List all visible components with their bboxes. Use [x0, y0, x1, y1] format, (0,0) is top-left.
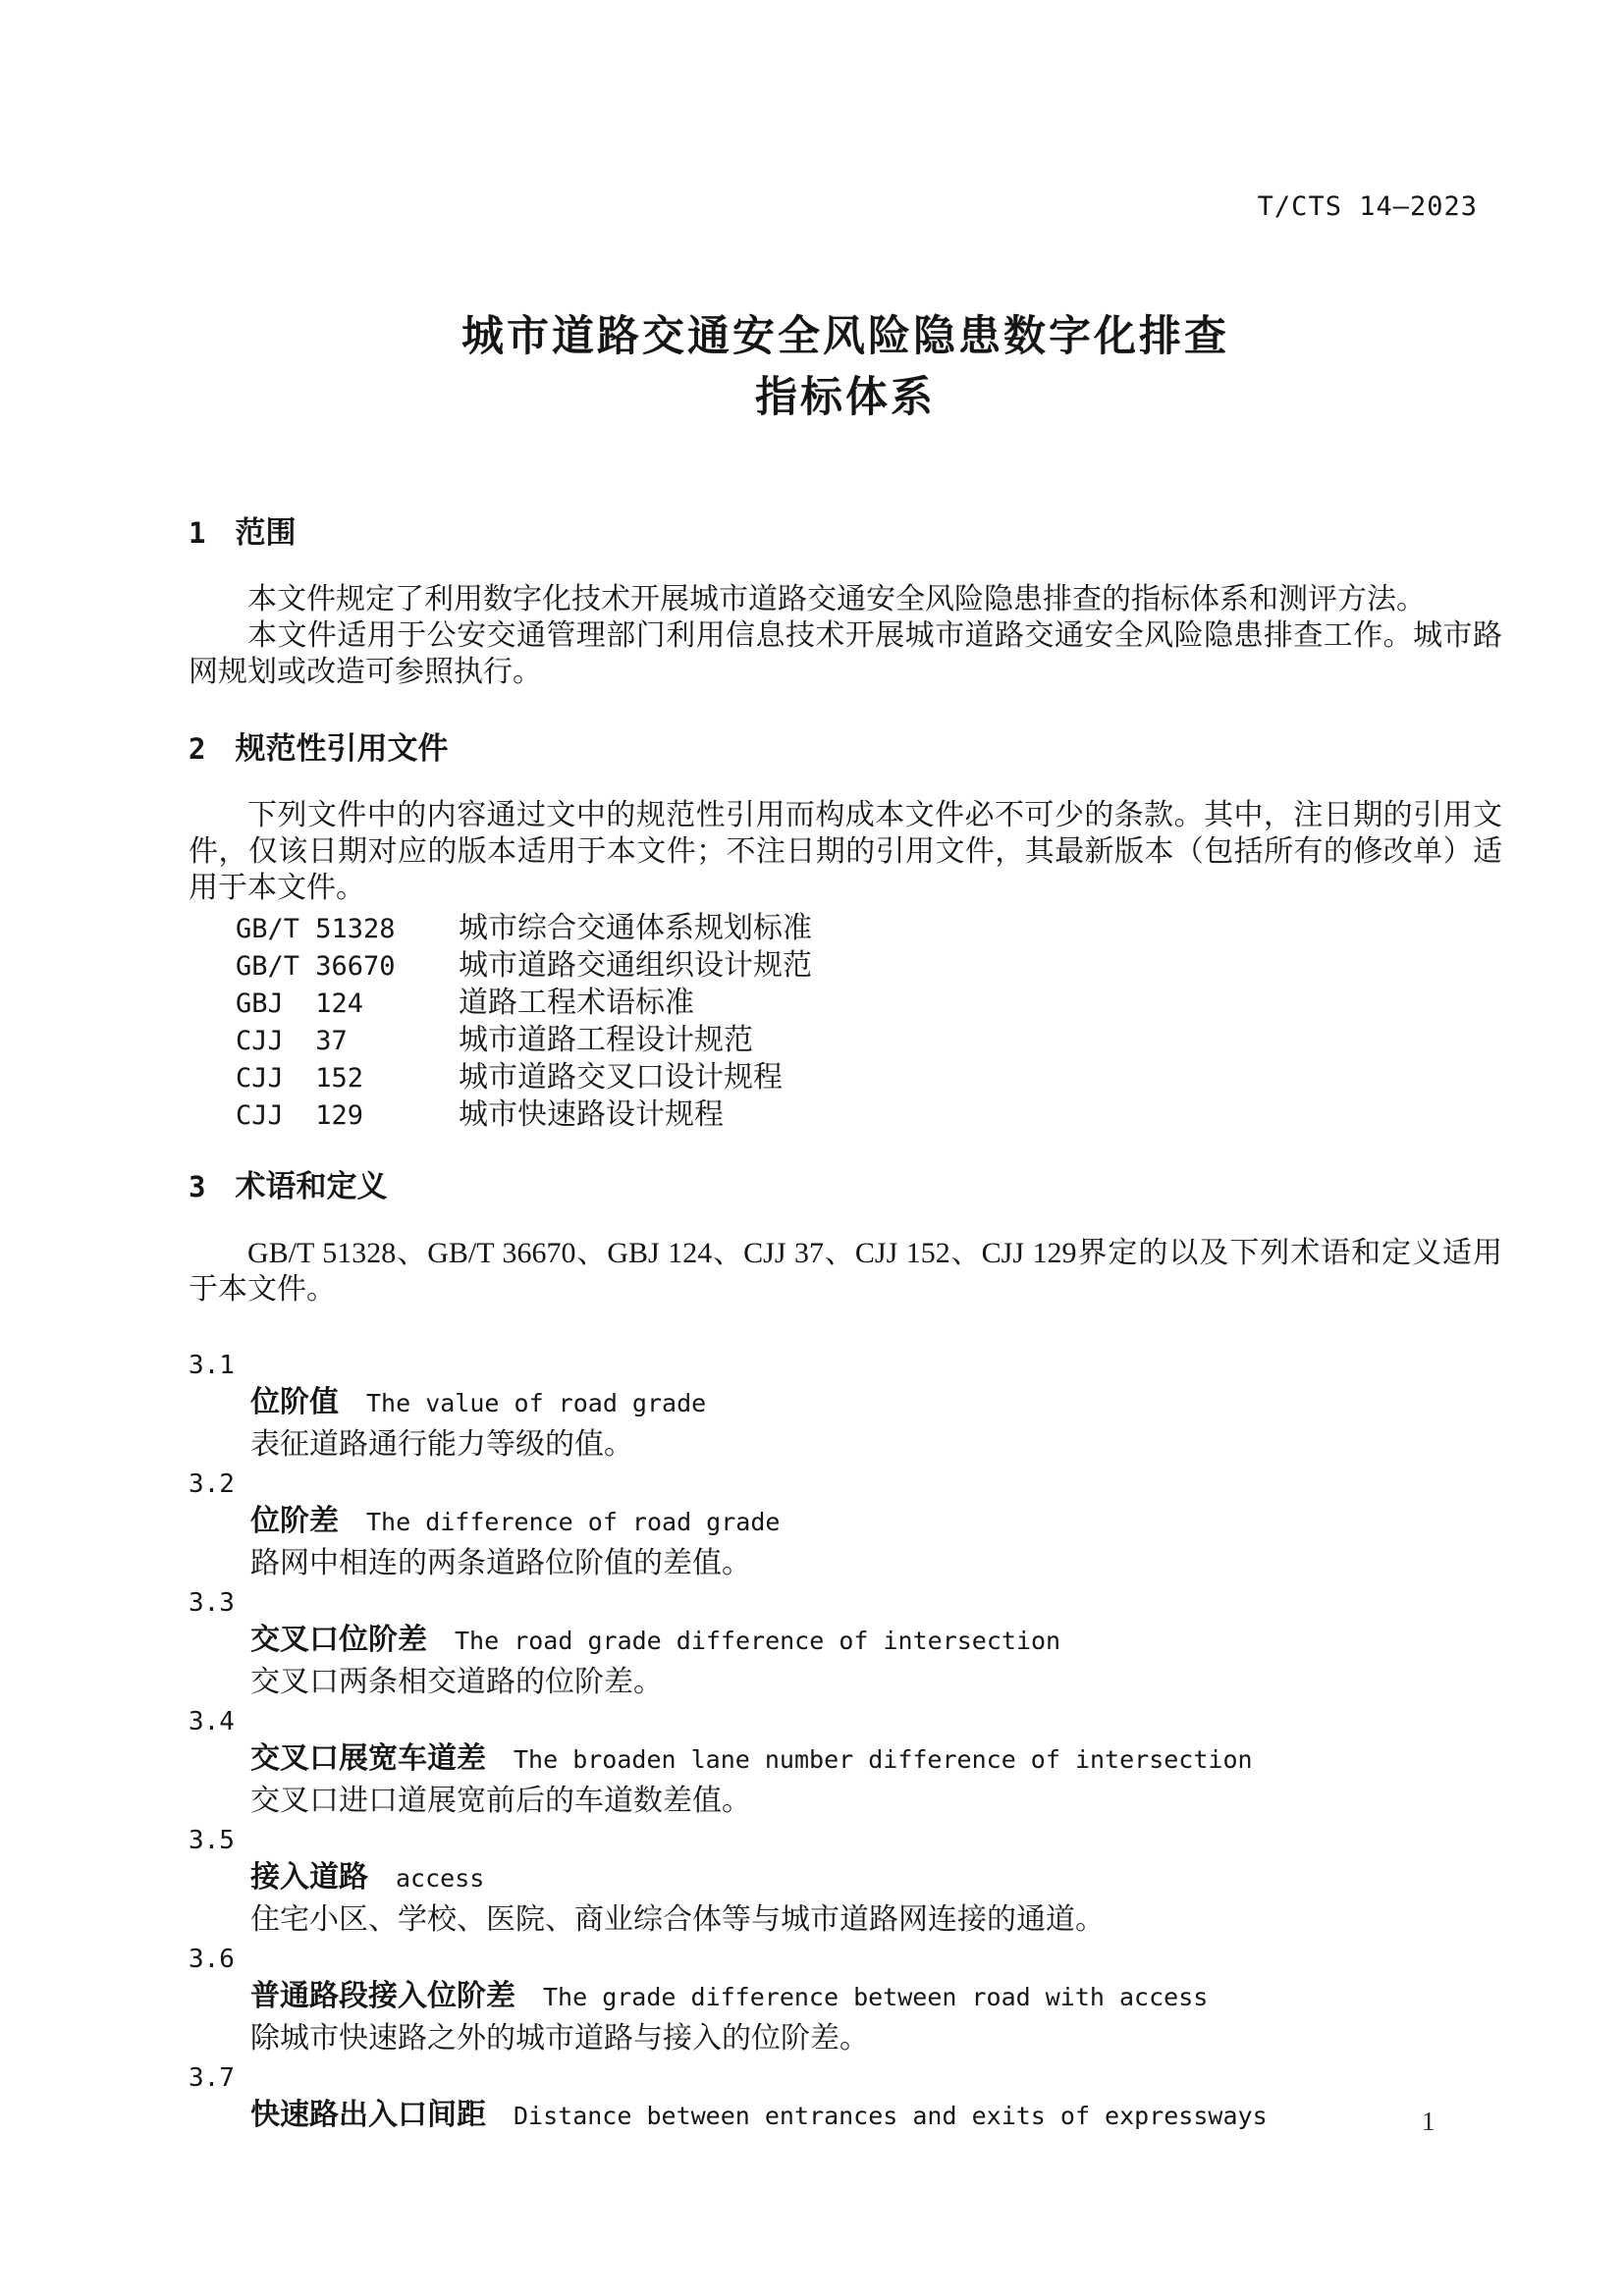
terms-list: 3.1 位阶值The value of road grade 表征道路通行能力等… [189, 1348, 1502, 2139]
reference-name: 城市综合交通体系规划标准 [459, 912, 812, 944]
term-number: 3.6 [189, 1942, 1502, 1978]
section-heading-terms: 3术语和定义 [189, 1167, 1502, 1206]
section-number: 2 [189, 729, 205, 769]
term-definition: 路网中相连的两条道路位阶值的差值。 [189, 1545, 1502, 1581]
term-entry: 3.6 普通路段接入位阶差The grade difference betwee… [189, 1942, 1502, 2056]
section-number: 3 [189, 1167, 205, 1206]
section-title: 术语和定义 [235, 1169, 387, 1203]
term-number: 3.1 [189, 1348, 1502, 1384]
term-entry: 3.3 交叉口位阶差The road grade difference of i… [189, 1585, 1502, 1700]
term-name-line: 位阶差The difference of road grade [189, 1503, 1502, 1545]
term-definition: 交叉口进口道展宽前后的车道数差值。 [189, 1783, 1502, 1819]
title-line-2: 指标体系 [189, 367, 1502, 428]
terms-intro: GB/T 51328、GB/T 36670、GBJ 124、CJJ 37、CJJ… [189, 1235, 1502, 1308]
term-entry: 3.5 接入道路access 住宅小区、学校、医院、商业综合体等与城市道路网连接… [189, 1823, 1502, 1938]
term-name-en: The broaden lane number difference of in… [514, 1745, 1253, 1774]
term-name-zh: 位阶值 [250, 1386, 339, 1418]
reference-item: CJJ 152城市道路交叉口设计规程 [236, 1059, 1502, 1096]
reference-name: 城市快速路设计规程 [459, 1098, 724, 1131]
reference-code: GB/T 51328 [236, 911, 459, 947]
reference-name: 城市道路交通组织设计规范 [459, 949, 812, 982]
reference-code: GBJ 124 [236, 986, 459, 1022]
term-entry: 3.1 位阶值The value of road grade 表征道路通行能力等… [189, 1348, 1502, 1463]
reference-list: GB/T 51328城市综合交通体系规划标准 GB/T 36670城市道路交通组… [236, 910, 1502, 1134]
term-definition: 除城市快速路之外的城市道路与接入的位阶差。 [189, 2020, 1502, 2056]
document-title: 城市道路交通安全风险隐患数字化排查 指标体系 [189, 306, 1502, 428]
references-intro: 下列文件中的内容通过文中的规范性引用而构成本文件必不可少的条款。其中，注日期的引… [189, 797, 1502, 906]
reference-item: GB/T 51328城市综合交通体系规划标准 [236, 910, 1502, 947]
term-name-en: The road grade difference of intersectio… [455, 1627, 1060, 1655]
term-entry: 3.7 快速路出入口间距Distance between entrances a… [189, 2060, 1502, 2139]
term-name-zh: 接入道路 [250, 1861, 368, 1894]
term-name-zh: 交叉口展宽车道差 [250, 1742, 486, 1775]
term-name-zh: 交叉口位阶差 [250, 1624, 427, 1656]
term-name-en: The difference of road grade [366, 1508, 780, 1536]
reference-name: 城市道路交叉口设计规程 [459, 1061, 783, 1094]
reference-code: GB/T 36670 [236, 948, 459, 985]
term-entry: 3.2 位阶差The difference of road grade 路网中相… [189, 1467, 1502, 1581]
term-name-en: The grade difference between road with a… [543, 1983, 1208, 2011]
section-heading-scope: 1范围 [189, 513, 1502, 553]
term-name-en: The value of road grade [366, 1389, 706, 1417]
page-content: T/CTS 14—2023 城市道路交通安全风险隐患数字化排查 指标体系 1范围… [0, 0, 1624, 2139]
term-definition: 表征道路通行能力等级的值。 [189, 1426, 1502, 1463]
term-number: 3.5 [189, 1823, 1502, 1859]
reference-item: GB/T 36670城市道路交通组织设计规范 [236, 947, 1502, 985]
term-name-zh: 普通路段接入位阶差 [250, 1980, 515, 2012]
term-entry: 3.4 交叉口展宽车道差The broaden lane number diff… [189, 1704, 1502, 1819]
scope-paragraph-2: 本文件适用于公安交通管理部门利用信息技术开展城市道路交通安全风险隐患排查工作。城… [189, 617, 1502, 690]
term-name-line: 普通路段接入位阶差The grade difference between ro… [189, 1978, 1502, 2020]
term-name-en: Distance between entrances and exits of … [514, 2102, 1268, 2130]
section-number: 1 [189, 513, 205, 553]
reference-item: CJJ 129城市快速路设计规程 [236, 1096, 1502, 1134]
term-name-en: access [396, 1864, 484, 1893]
reference-code: CJJ 37 [236, 1023, 459, 1059]
term-definition: 交叉口两条相交道路的位阶差。 [189, 1664, 1502, 1700]
term-name-zh: 位阶差 [250, 1505, 339, 1537]
reference-item: GBJ 124道路工程术语标准 [236, 985, 1502, 1022]
page-number: 1 [1422, 2107, 1435, 2137]
term-name-line: 交叉口位阶差The road grade difference of inter… [189, 1622, 1502, 1664]
standard-code: T/CTS 14—2023 [189, 193, 1502, 221]
scope-paragraph-1: 本文件规定了利用数字化技术开展城市道路交通安全风险隐患排查的指标体系和测评方法。 [189, 581, 1502, 617]
term-name-line: 快速路出入口间距Distance between entrances and e… [189, 2097, 1502, 2139]
title-line-1: 城市道路交通安全风险隐患数字化排查 [189, 306, 1502, 367]
term-number: 3.2 [189, 1467, 1502, 1503]
term-number: 3.4 [189, 1704, 1502, 1740]
section-title: 规范性引用文件 [235, 731, 448, 766]
term-number: 3.3 [189, 1585, 1502, 1622]
document-page: T/CTS 14—2023 城市道路交通安全风险隐患数字化排查 指标体系 1范围… [0, 0, 1624, 2296]
term-name-line: 接入道路access [189, 1859, 1502, 1901]
reference-code: CJJ 152 [236, 1060, 459, 1096]
term-name-line: 位阶值The value of road grade [189, 1384, 1502, 1426]
reference-item: CJJ 37城市道路工程设计规范 [236, 1022, 1502, 1059]
section-heading-references: 2规范性引用文件 [189, 729, 1502, 769]
term-name-zh: 快速路出入口间距 [250, 2099, 486, 2131]
reference-name: 城市道路工程设计规范 [459, 1024, 753, 1056]
term-number: 3.7 [189, 2060, 1502, 2097]
section-title: 范围 [235, 515, 296, 550]
reference-name: 道路工程术语标准 [459, 987, 694, 1019]
reference-code: CJJ 129 [236, 1097, 459, 1134]
term-definition: 住宅小区、学校、医院、商业综合体等与城市道路网连接的通道。 [189, 1901, 1502, 1938]
term-name-line: 交叉口展宽车道差The broaden lane number differen… [189, 1740, 1502, 1783]
